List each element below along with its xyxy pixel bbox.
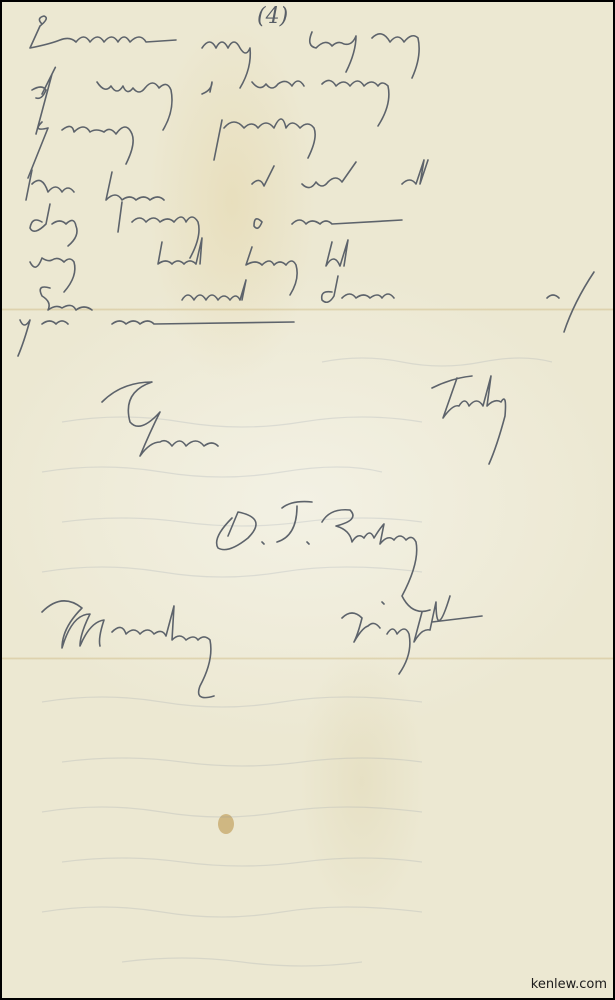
letter-line-1: Excuse my lazy way: [32, 20, 335, 55]
letter-line-8: you can: [17, 316, 135, 351]
letter-line-7: You must down if: [37, 280, 298, 315]
letter-dateline: Monday Night: [32, 592, 410, 652]
letter-line-3: yesterday preaching &: [27, 120, 375, 155]
letter-line-4: have been at work all: [27, 166, 354, 201]
site-watermark: kenlew.com: [531, 977, 607, 992]
letter-line-6: very tired tonight.: [27, 244, 304, 279]
letter-closing: Yours Truly: [102, 382, 357, 433]
letter-signature: D. T. Reiley: [212, 496, 463, 547]
letter-line-2: of writing. I was away: [32, 72, 368, 107]
letter-page: (4) Excuse my lazy way of writing. I was…: [2, 2, 613, 998]
letter-line-5: day teaching & am: [27, 208, 315, 243]
